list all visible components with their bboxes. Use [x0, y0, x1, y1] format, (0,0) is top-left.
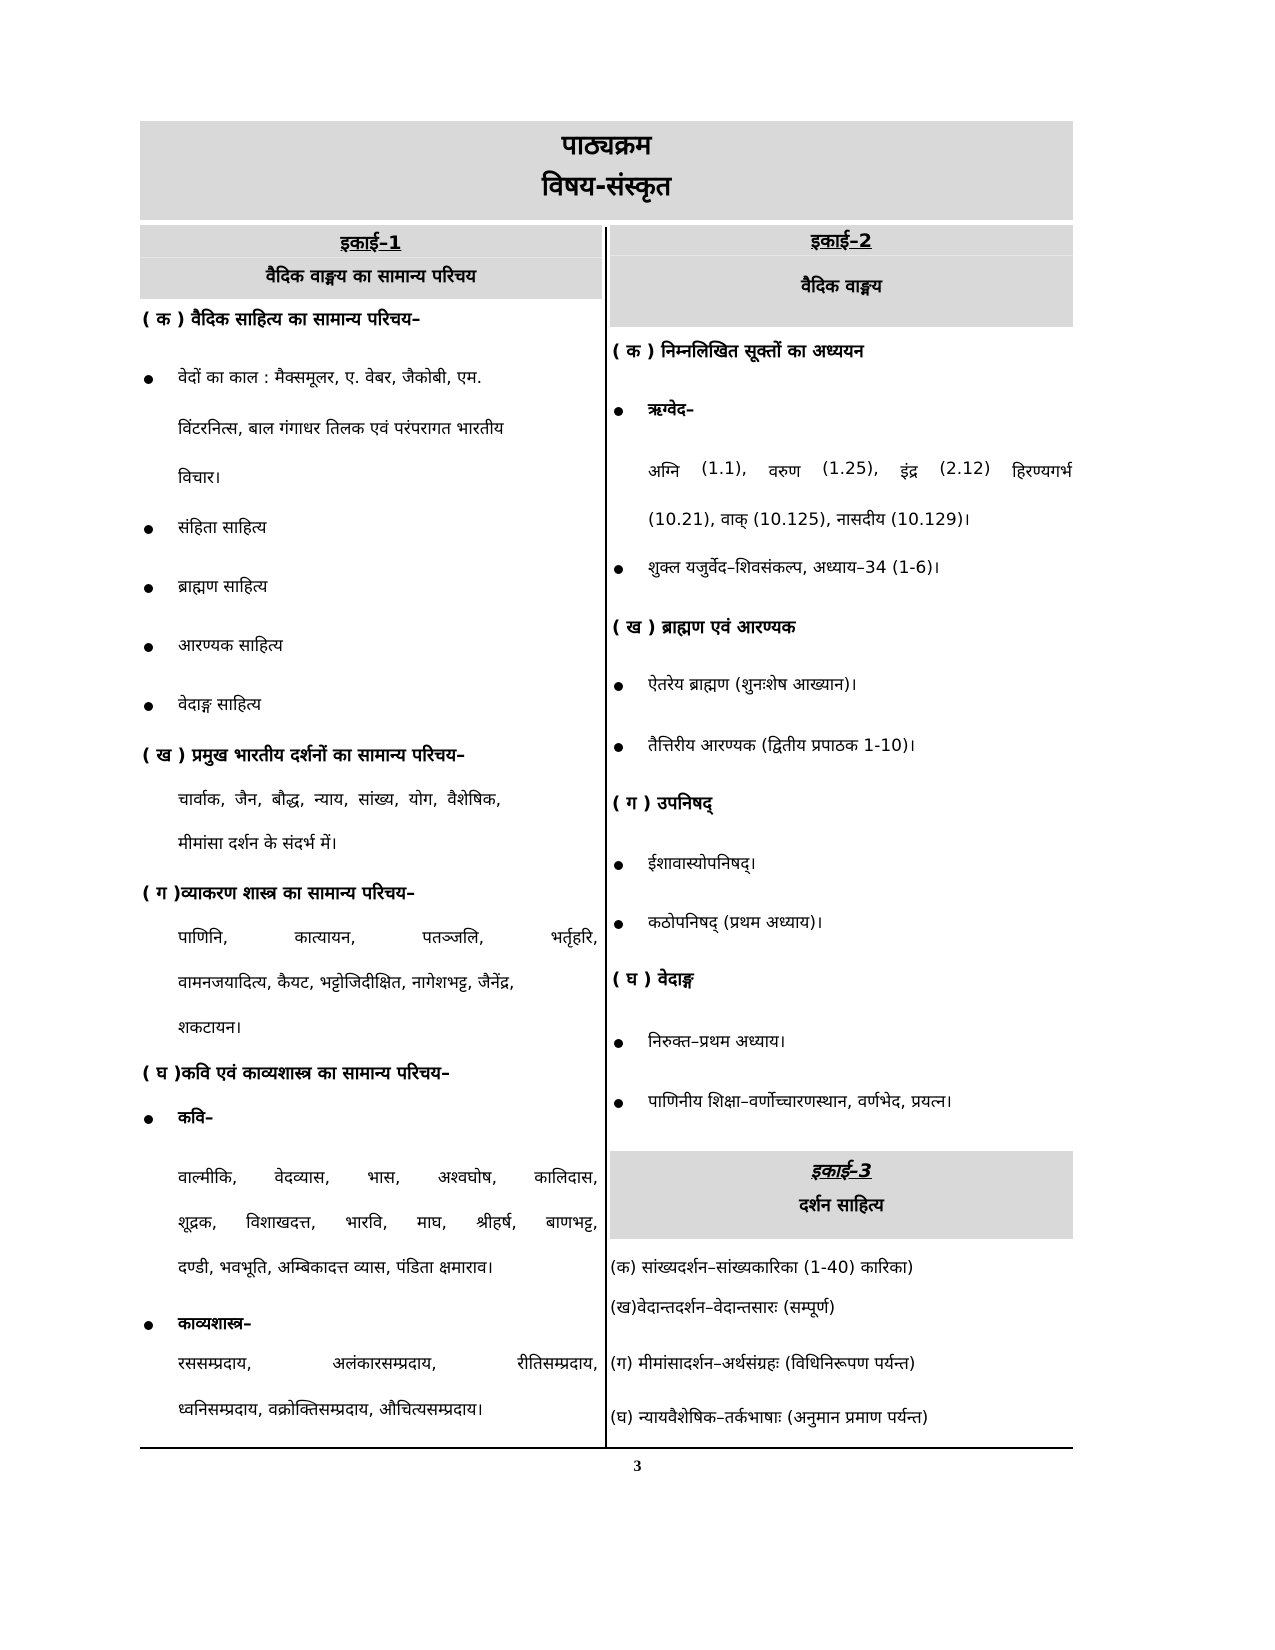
unit-3-title: दर्शन साहित्य	[610, 1187, 1073, 1225]
text-line: अग्नि(1.1),वरुण(1.25),इंद्र(2.12)हिरण्यग…	[648, 459, 1072, 482]
bullet-icon	[614, 861, 623, 870]
word: (1.1),	[701, 459, 747, 482]
word: अलंकारसम्प्रदाय,	[332, 1351, 436, 1374]
kavi-label: कवि–	[178, 1105, 213, 1128]
unit-2-section-gha: ( घ ) वेदाङ्ग	[612, 967, 694, 991]
text-line: वाल्मीकि,वेदव्यास,भास,अश्वघोष,कालिदास,	[178, 1165, 598, 1188]
text-line: ध्वनिसम्प्रदाय, वक्रोक्तिसम्प्रदाय, औचित…	[178, 1397, 483, 1420]
word: अश्वघोष,	[438, 1165, 497, 1188]
bullet-icon	[614, 1099, 623, 1108]
kavya-label: काव्यशास्त्र–	[178, 1311, 252, 1334]
list-item: संहिता साहित्य	[178, 515, 267, 538]
two-column-body: इकाई–1 वैदिक वाङ्मय का सामान्य परिचय ( क…	[140, 225, 1073, 1447]
list-item: निरुक्त–प्रथम अध्याय।	[648, 1029, 785, 1052]
unit-3-header: इकाई–3 दर्शन साहित्य	[610, 1151, 1073, 1239]
word: शूद्रक,	[178, 1210, 217, 1233]
word: भारवि,	[345, 1210, 388, 1233]
bottom-rule	[140, 1447, 1073, 1449]
list-item: वेदाङ्ग साहित्य	[178, 692, 261, 715]
unit-1-section-ga: ( ग )व्याकरण शास्त्र का सामान्य परिचय–	[142, 881, 415, 905]
unit-1-title: वैदिक वाङ्मय का सामान्य परिचय	[140, 257, 602, 296]
bullet-icon	[614, 1039, 623, 1048]
unit-2-section-kha: ( ख ) ब्राह्मण एवं आरण्यक	[612, 615, 795, 639]
word: वाल्मीकि,	[178, 1165, 237, 1188]
unit-3-label: इकाई–3	[610, 1151, 1073, 1187]
subject-title: विषय-संस्कृत	[140, 165, 1073, 209]
bullet-icon	[144, 702, 153, 711]
word: इंद्र	[900, 459, 917, 482]
list-item: कठोपनिषद् (प्रथम अध्याय)।	[648, 910, 822, 933]
list-item: आरण्यक साहित्य	[178, 633, 283, 656]
word: रससम्प्रदाय,	[178, 1351, 252, 1374]
word: विशाखदत्त,	[246, 1210, 316, 1233]
word: भर्तृहरि,	[551, 925, 598, 948]
bullet-icon	[144, 584, 153, 593]
text-line: मीमांसा दर्शन के संदर्भ में।	[178, 831, 337, 854]
word: वेदव्यास,	[275, 1165, 330, 1188]
list-item-cont: विंटरनित्स, बाल गंगाधर तिलक एवं परंपरागत…	[178, 416, 504, 439]
list-item: ब्राह्मण साहित्य	[178, 574, 268, 597]
unit-2-title: वैदिक वाङ्मय	[610, 255, 1073, 304]
unit-1-section-kha: ( ख ) प्रमुख भारतीय दर्शनों का सामान्य प…	[142, 743, 465, 767]
bullet-icon	[614, 682, 623, 691]
list-item-cont: विचार।	[178, 465, 220, 488]
unit-1-label: इकाई–1	[140, 225, 602, 257]
list-item: (घ) न्यायवैशेषिक–तर्कभाषाः (अनुमान प्रमा…	[610, 1405, 928, 1428]
text-line: वामनजयादित्य, कैयट, भट्टोजिदीक्षित, नागे…	[178, 970, 514, 993]
text-line: शकटायन।	[178, 1015, 241, 1038]
bullet-icon	[614, 565, 623, 574]
list-item: पाणिनीय शिक्षा–वर्णोच्चारणस्थान, वर्णभेद…	[648, 1089, 952, 1112]
unit-1-section-ka: ( क ) वैदिक साहित्य का सामान्य परिचय–	[142, 307, 421, 331]
unit-2-label: इकाई–2	[610, 225, 1073, 255]
text-line: चार्वाक, जैन, बौद्ध, न्याय, सांख्य, योग,…	[178, 787, 501, 810]
column-divider	[605, 227, 607, 1447]
unit-1-header: इकाई–1 वैदिक वाङ्मय का सामान्य परिचय	[140, 225, 602, 299]
bullet-icon	[144, 1115, 153, 1124]
list-item: ईशावास्योपनिषद्।	[648, 851, 756, 874]
word: श्रीहर्ष,	[476, 1210, 517, 1233]
bullet-icon	[614, 743, 623, 752]
title-banner: पाठ्यक्रम विषय-संस्कृत	[140, 121, 1073, 220]
word: माघ,	[417, 1210, 447, 1233]
text-line: पाणिनि,कात्यायन,पतञ्जलि,भर्तृहरि,	[178, 925, 598, 948]
word: बाणभट्ट,	[546, 1210, 598, 1233]
page-title: पाठ्यक्रम	[140, 121, 1073, 165]
unit-2-section-ka: ( क ) निम्नलिखित सूक्तों का अध्ययन	[612, 339, 864, 363]
bullet-icon	[144, 525, 153, 534]
list-item: तैत्तिरीय आरण्यक (द्वितीय प्रपाठक 1-10)।	[648, 733, 915, 756]
word: पतञ्जलि,	[422, 925, 484, 948]
syllabus-page: पाठ्यक्रम विषय-संस्कृत इकाई–1 वैदिक वाङ्…	[140, 121, 1073, 220]
list-item: (क) सांख्यदर्शन–सांख्यकारिका (1-40) कारि…	[610, 1255, 913, 1278]
bullet-icon	[614, 407, 623, 416]
text-line: शूद्रक,विशाखदत्त,भारवि,माघ,श्रीहर्ष,बाणभ…	[178, 1210, 598, 1233]
list-item: (ख)वेदान्तदर्शन–वेदान्तसारः (सम्पूर्ण)	[610, 1295, 835, 1318]
word: पाणिनि,	[178, 925, 228, 948]
word: अग्नि	[648, 459, 680, 482]
word: वरुण	[769, 459, 801, 482]
bullet-icon	[144, 375, 153, 384]
bullet-icon	[614, 920, 623, 929]
list-item: ऐतरेय ब्राह्मण (शुनःशेष आख्यान)।	[648, 672, 857, 695]
unit-2-column: इकाई–2 वैदिक वाङ्मय ( क ) निम्नलिखित सूक…	[610, 225, 1073, 327]
list-item: वेदों का काल : मैक्समूलर, ए. वेबर, जैकोब…	[178, 365, 482, 388]
list-item: शुक्ल यजुर्वेद–शिवसंकल्प, अध्याय–34 (1-6…	[648, 555, 939, 578]
text-line: (10.21), वाक् (10.125), नासदीय (10.129)।	[648, 507, 970, 530]
unit-1-section-gha: ( घ )कवि एवं काव्यशास्त्र का सामान्य परि…	[142, 1061, 450, 1085]
word: भास,	[367, 1165, 400, 1188]
bullet-icon	[144, 1321, 153, 1330]
text-line: रससम्प्रदाय,अलंकारसम्प्रदाय,रीतिसम्प्रदा…	[178, 1351, 598, 1374]
unit-2-section-ga: ( ग ) उपनिषद्	[612, 791, 712, 815]
word: (1.25),	[822, 459, 879, 482]
word: कात्यायन,	[294, 925, 355, 948]
bullet-icon	[144, 643, 153, 652]
word: हिरण्यगर्भ	[1012, 459, 1072, 482]
word: रीतिसम्प्रदाय,	[517, 1351, 598, 1374]
word: कालिदास,	[534, 1165, 598, 1188]
word: (2.12)	[939, 459, 990, 482]
page-number: 3	[0, 1458, 1275, 1476]
unit-2-header: इकाई–2 वैदिक वाङ्मय	[610, 225, 1073, 327]
text-line: दण्डी, भवभूति, अम्बिकादत्त व्यास, पंडिता…	[178, 1255, 493, 1278]
rigveda-label: ऋग्वेद–	[648, 397, 694, 420]
unit-1-column: इकाई–1 वैदिक वाङ्मय का सामान्य परिचय ( क…	[140, 225, 602, 299]
list-item: (ग) मीमांसादर्शन–अर्थसंग्रहः (विधिनिरूपण…	[610, 1351, 915, 1374]
